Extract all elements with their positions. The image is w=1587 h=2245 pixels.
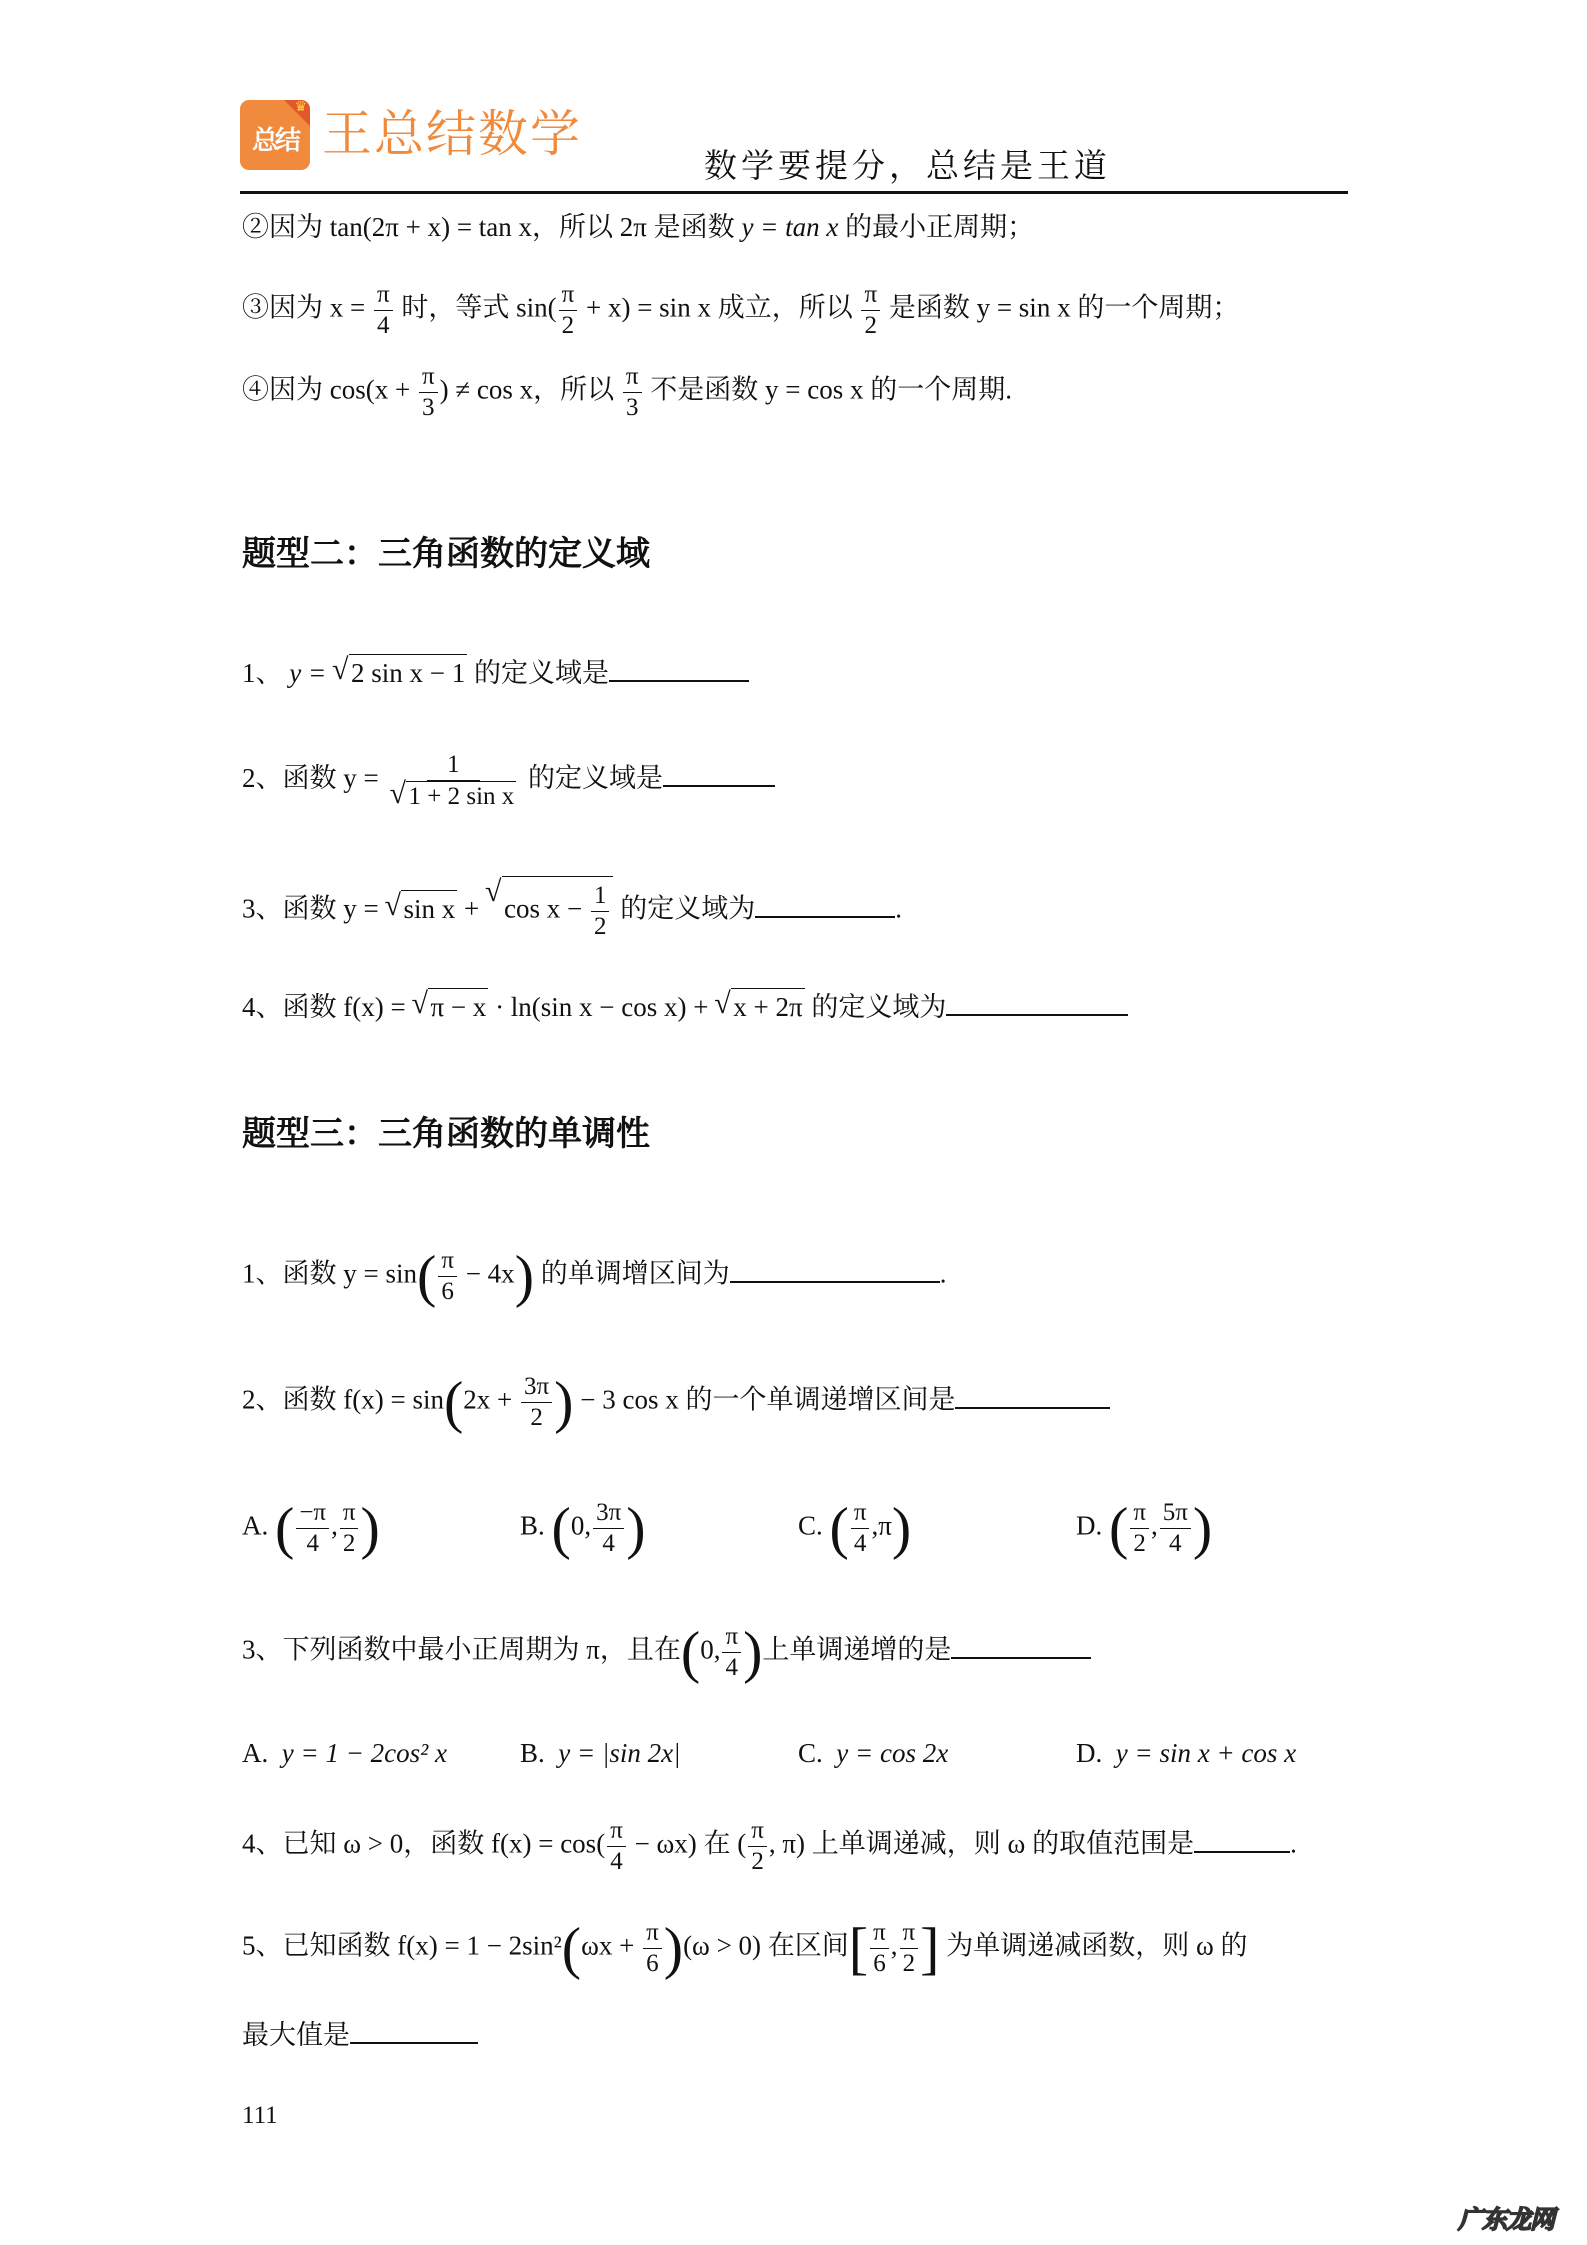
mono-question-3: 3、下列函数中最小正周期为 π，且在(0,π4)上单调递增的是: [242, 1622, 1091, 1683]
numerator: 5π: [1160, 1498, 1191, 1529]
radicand: x + 2π: [733, 992, 802, 1022]
fraction: π3: [623, 362, 642, 423]
question-number: 3、: [242, 894, 283, 924]
question-number: 2、: [242, 763, 283, 793]
fraction: 11 + 2 sin x: [387, 750, 519, 812]
right-paren: ): [554, 1370, 573, 1435]
right-bracket: ]: [920, 1916, 939, 1981]
text: 的定义域为: [805, 992, 947, 1022]
fraction: π4: [851, 1498, 870, 1559]
right-paren: ): [892, 1496, 911, 1561]
mono-question-4: 4、已知 ω > 0，函数 f(x) = cos(π4 − ωx) 在 (π2,…: [242, 1816, 1297, 1877]
math-expr: y = tan x: [741, 212, 838, 242]
fraction: π2: [748, 1816, 767, 1877]
numerator: π: [374, 280, 393, 311]
text: .: [895, 894, 902, 924]
mono-question-2: 2、函数 f(x) = sin(2x + 3π2) − 3 cos x 的一个单…: [242, 1372, 1110, 1433]
fraction: π2: [340, 1498, 359, 1559]
text: 上单调递增的是: [762, 1635, 951, 1665]
item-marker: ③: [242, 293, 269, 323]
text: ) ≠ cos x，所以: [440, 375, 621, 405]
numerator: π: [438, 1246, 457, 1277]
numerator: 1: [427, 750, 480, 781]
brand-name: 王总结数学: [322, 104, 582, 164]
right-paren: ): [1193, 1496, 1212, 1561]
fraction: π3: [419, 362, 438, 423]
math-expr: y =: [289, 658, 333, 688]
text: 函数 y =: [283, 763, 386, 793]
denominator: 4: [607, 1847, 626, 1877]
question-number: 3、: [242, 1635, 283, 1665]
denominator: 4: [723, 1653, 742, 1683]
text: · ln(sin x − cos x) +: [488, 992, 715, 1022]
square-root: cos x − 12: [502, 876, 613, 942]
question-number: 1、: [242, 1259, 283, 1289]
right-paren: ): [626, 1496, 645, 1561]
denominator: 4: [374, 311, 393, 341]
question-number: 4、: [242, 1829, 283, 1859]
math-expr: tan(2π + x) = tan x: [330, 212, 532, 242]
numerator: π: [419, 362, 438, 393]
fraction: π2: [900, 1918, 919, 1979]
fraction: 12: [591, 881, 610, 942]
fraction: π6: [870, 1918, 889, 1979]
denominator: 6: [438, 1277, 457, 1307]
math-expr: y = sin x + cos x: [1116, 1738, 1296, 1768]
text: 因为 x =: [269, 293, 372, 323]
item-marker: ④: [242, 375, 269, 405]
statement-2: ②因为 tan(2π + x) = tan x，所以 2π 是函数 y = ta…: [242, 209, 1034, 245]
text: +: [457, 894, 486, 924]
denominator: 4: [1166, 1529, 1185, 1559]
answer-blank[interactable]: [1194, 1825, 1290, 1853]
numerator: π: [861, 280, 880, 311]
section-heading-monotonicity: 题型三：三角函数的单调性: [242, 1106, 650, 1155]
logo-badge: ♛ 总结: [240, 100, 310, 170]
text: 的最小正周期；: [838, 212, 1034, 242]
denominator: 2: [900, 1949, 919, 1979]
numerator: π: [851, 1498, 870, 1529]
denominator: 2: [559, 311, 578, 341]
text: 不是函数 y = cos x 的一个周期.: [644, 375, 1012, 405]
fraction: π4: [607, 1816, 626, 1877]
domain-question-2: 2、函数 y = 11 + 2 sin x 的定义域是: [242, 750, 775, 812]
domain-question-1: 1、 y = 2 sin x − 1 的定义域是: [242, 654, 749, 691]
text: 的单调增区间为: [534, 1259, 730, 1289]
text: 已知 ω > 0，函数 f(x) = cos(: [283, 1829, 606, 1859]
left-paren: (: [681, 1620, 700, 1685]
radicand: π − x: [430, 992, 486, 1022]
right-paren: ): [664, 1916, 683, 1981]
denominator: 2: [591, 912, 610, 942]
text: + x) = sin x 成立，所以: [579, 293, 859, 323]
answer-blank[interactable]: [951, 1631, 1091, 1659]
text: 的一个单调递增区间是: [679, 1385, 956, 1415]
mono-q2-options: A. (−π4,π2) B. (0,3π4) C. (π4,π) D. (π2,…: [242, 1498, 1342, 1558]
option-a[interactable]: A. y = 1 − 2cos² x: [242, 1735, 447, 1771]
square-root: 1 + 2 sin x: [406, 781, 516, 812]
option-label: B.: [520, 1511, 545, 1541]
left-paren: (: [275, 1496, 294, 1561]
fraction: 5π4: [1160, 1498, 1191, 1559]
fraction: π2: [1130, 1498, 1149, 1559]
numerator: π: [340, 1498, 359, 1529]
text: 函数 y =: [283, 894, 386, 924]
square-root: π − x: [428, 988, 488, 1025]
question-number: 1、: [242, 658, 283, 688]
left-paren: (: [444, 1370, 463, 1435]
text: 因为 cos(x +: [269, 375, 417, 405]
option-c[interactable]: C. y = cos 2x: [798, 1735, 948, 1771]
math-expr: y = cos 2x: [836, 1738, 948, 1768]
denominator: 2: [1130, 1529, 1149, 1559]
text: (ω > 0) 在区间: [683, 1931, 849, 1961]
math-expr: y = |sin 2x|: [558, 1738, 680, 1768]
text: π: [878, 1511, 892, 1541]
fraction: π2: [559, 280, 578, 341]
option-label: C.: [798, 1738, 823, 1768]
text: 最大值是: [242, 2020, 350, 2050]
question-number: 2、: [242, 1385, 283, 1415]
numerator: π: [748, 1816, 767, 1847]
logo-glyph: 总结: [243, 120, 307, 157]
text: 0: [700, 1635, 714, 1665]
numerator: π: [623, 362, 642, 393]
denominator: 3: [623, 393, 642, 423]
option-d[interactable]: D. y = sin x + cos x: [1076, 1735, 1296, 1771]
square-root: 2 sin x − 1: [349, 654, 467, 691]
text: 为单调递减函数，则 ω 的: [939, 1931, 1247, 1961]
numerator: 1: [591, 881, 610, 912]
text: − 4x: [459, 1259, 515, 1289]
text: 函数 f(x) = sin: [283, 1385, 444, 1415]
option-label: A.: [242, 1511, 268, 1541]
page-number: 111: [242, 2102, 278, 2130]
mono-q3-options: A. y = 1 − 2cos² x B. y = |sin 2x| C. y …: [242, 1735, 1342, 1775]
text: 因为: [269, 212, 330, 242]
option-a[interactable]: A. (−π4,π2): [242, 1498, 380, 1559]
text: .: [1290, 1829, 1297, 1859]
option-b[interactable]: B. y = |sin 2x|: [520, 1735, 681, 1771]
numerator: π: [870, 1918, 889, 1949]
option-label: A.: [242, 1738, 268, 1768]
denominator: 6: [643, 1949, 662, 1979]
text: 的定义域为: [613, 894, 755, 924]
mono-question-1: 1、函数 y = sin(π6 − 4x) 的单调增区间为.: [242, 1246, 947, 1307]
question-number: 5、: [242, 1931, 283, 1961]
crown-icon: ♛: [294, 100, 307, 114]
numerator: 3π: [521, 1372, 552, 1403]
text: 函数 f(x) =: [283, 992, 413, 1022]
square-root: sin x: [401, 890, 457, 927]
statement-3: ③因为 x = π4 时，等式 sin(π2 + x) = sin x 成立，所…: [242, 280, 1239, 341]
mono-question-5-continuation: 最大值是: [242, 2016, 478, 2053]
math-expr: y = 1 − 2cos² x: [282, 1738, 447, 1768]
left-paren: (: [552, 1496, 571, 1561]
denominator: 1 + 2 sin x: [387, 781, 519, 812]
answer-blank[interactable]: [730, 1255, 940, 1283]
option-c[interactable]: C. (π4,π): [798, 1498, 911, 1559]
left-paren: (: [417, 1244, 436, 1309]
text: 2x +: [463, 1385, 519, 1415]
fraction: −π4: [296, 1498, 329, 1559]
denominator: 4: [851, 1529, 870, 1559]
fraction: π4: [374, 280, 393, 341]
text: 时，等式 sin(: [395, 293, 557, 323]
left-paren: (: [830, 1496, 849, 1561]
watermark: 广东龙网: [1458, 2200, 1554, 2236]
denominator: 6: [870, 1949, 889, 1979]
fraction: π4: [722, 1622, 741, 1683]
radicand: 2 sin x − 1: [351, 658, 465, 688]
numerator: 3π: [593, 1498, 624, 1529]
numerator: π: [722, 1622, 741, 1653]
domain-question-4: 4、函数 f(x) = π − x · ln(sin x − cos x) + …: [242, 988, 1128, 1025]
denominator: 2: [862, 311, 881, 341]
slogan: 数学要提分，总结是王道: [704, 140, 1111, 187]
text: − 3 cos x: [573, 1385, 678, 1415]
text: ，所以 2π 是函数: [532, 212, 741, 242]
denominator: 2: [340, 1529, 359, 1559]
left-paren: (: [562, 1916, 581, 1981]
option-label: C.: [798, 1511, 823, 1541]
fraction: π6: [438, 1246, 457, 1307]
right-paren: ): [360, 1496, 379, 1561]
denominator: 2: [527, 1403, 546, 1433]
answer-blank[interactable]: [663, 759, 775, 787]
header-divider: [240, 191, 1348, 194]
mono-question-5: 5、已知函数 f(x) = 1 − 2sin²(ωx + π6)(ω > 0) …: [242, 1918, 1247, 1979]
answer-blank[interactable]: [350, 2016, 478, 2044]
left-paren: (: [1109, 1496, 1128, 1561]
text: 0: [571, 1511, 585, 1541]
right-paren: ): [515, 1244, 534, 1309]
numerator: π: [643, 1918, 662, 1949]
answer-blank[interactable]: [755, 890, 895, 918]
fraction: 3π4: [593, 1498, 624, 1559]
text: 函数 y = sin: [283, 1259, 418, 1289]
item-marker: ②: [242, 212, 269, 242]
text: ωx +: [581, 1931, 641, 1961]
right-paren: ): [743, 1620, 762, 1685]
option-label: B.: [520, 1738, 545, 1768]
numerator: π: [607, 1816, 626, 1847]
text: 的定义域是: [467, 658, 609, 688]
option-d[interactable]: D. (π2,5π4): [1076, 1498, 1212, 1559]
answer-blank[interactable]: [955, 1381, 1110, 1409]
square-root: x + 2π: [731, 988, 804, 1025]
text: .: [940, 1259, 947, 1289]
left-bracket: [: [849, 1916, 868, 1981]
numerator: −π: [296, 1498, 329, 1529]
fraction: 3π2: [521, 1372, 552, 1433]
option-label: D.: [1076, 1511, 1102, 1541]
denominator: 3: [419, 393, 438, 423]
fraction: π6: [643, 1918, 662, 1979]
radicand: 1 + 2 sin x: [408, 783, 514, 810]
numerator: π: [1130, 1498, 1149, 1529]
text: − ωx) 在 (: [628, 1829, 746, 1859]
text: , π) 上单调递减，则 ω 的取值范围是: [769, 1829, 1194, 1859]
fraction: π2: [861, 280, 880, 341]
question-number: 4、: [242, 992, 283, 1022]
option-b[interactable]: B. (0,3π4): [520, 1498, 646, 1559]
text: 的定义域是: [521, 763, 663, 793]
numerator: π: [559, 280, 578, 311]
option-label: D.: [1076, 1738, 1102, 1768]
text: 已知函数 f(x) = 1 − 2sin²: [283, 1931, 562, 1961]
text: 下列函数中最小正周期为 π，且在: [283, 1635, 681, 1665]
denominator: 4: [303, 1529, 322, 1559]
section-heading-domain: 题型二：三角函数的定义域: [242, 526, 650, 575]
answer-blank[interactable]: [609, 654, 749, 682]
numerator: π: [900, 1918, 919, 1949]
domain-question-3: 3、函数 y = sin x + cos x − 12 的定义域为.: [242, 876, 902, 942]
denominator: 4: [599, 1529, 618, 1559]
text: 是函数 y = sin x 的一个周期；: [882, 293, 1239, 323]
radicand: cos x −: [504, 894, 589, 924]
statement-4: ④因为 cos(x + π3) ≠ cos x，所以 π3 不是函数 y = c…: [242, 362, 1012, 423]
radicand: sin x: [403, 894, 455, 924]
denominator: 2: [748, 1847, 767, 1877]
answer-blank[interactable]: [946, 988, 1128, 1016]
